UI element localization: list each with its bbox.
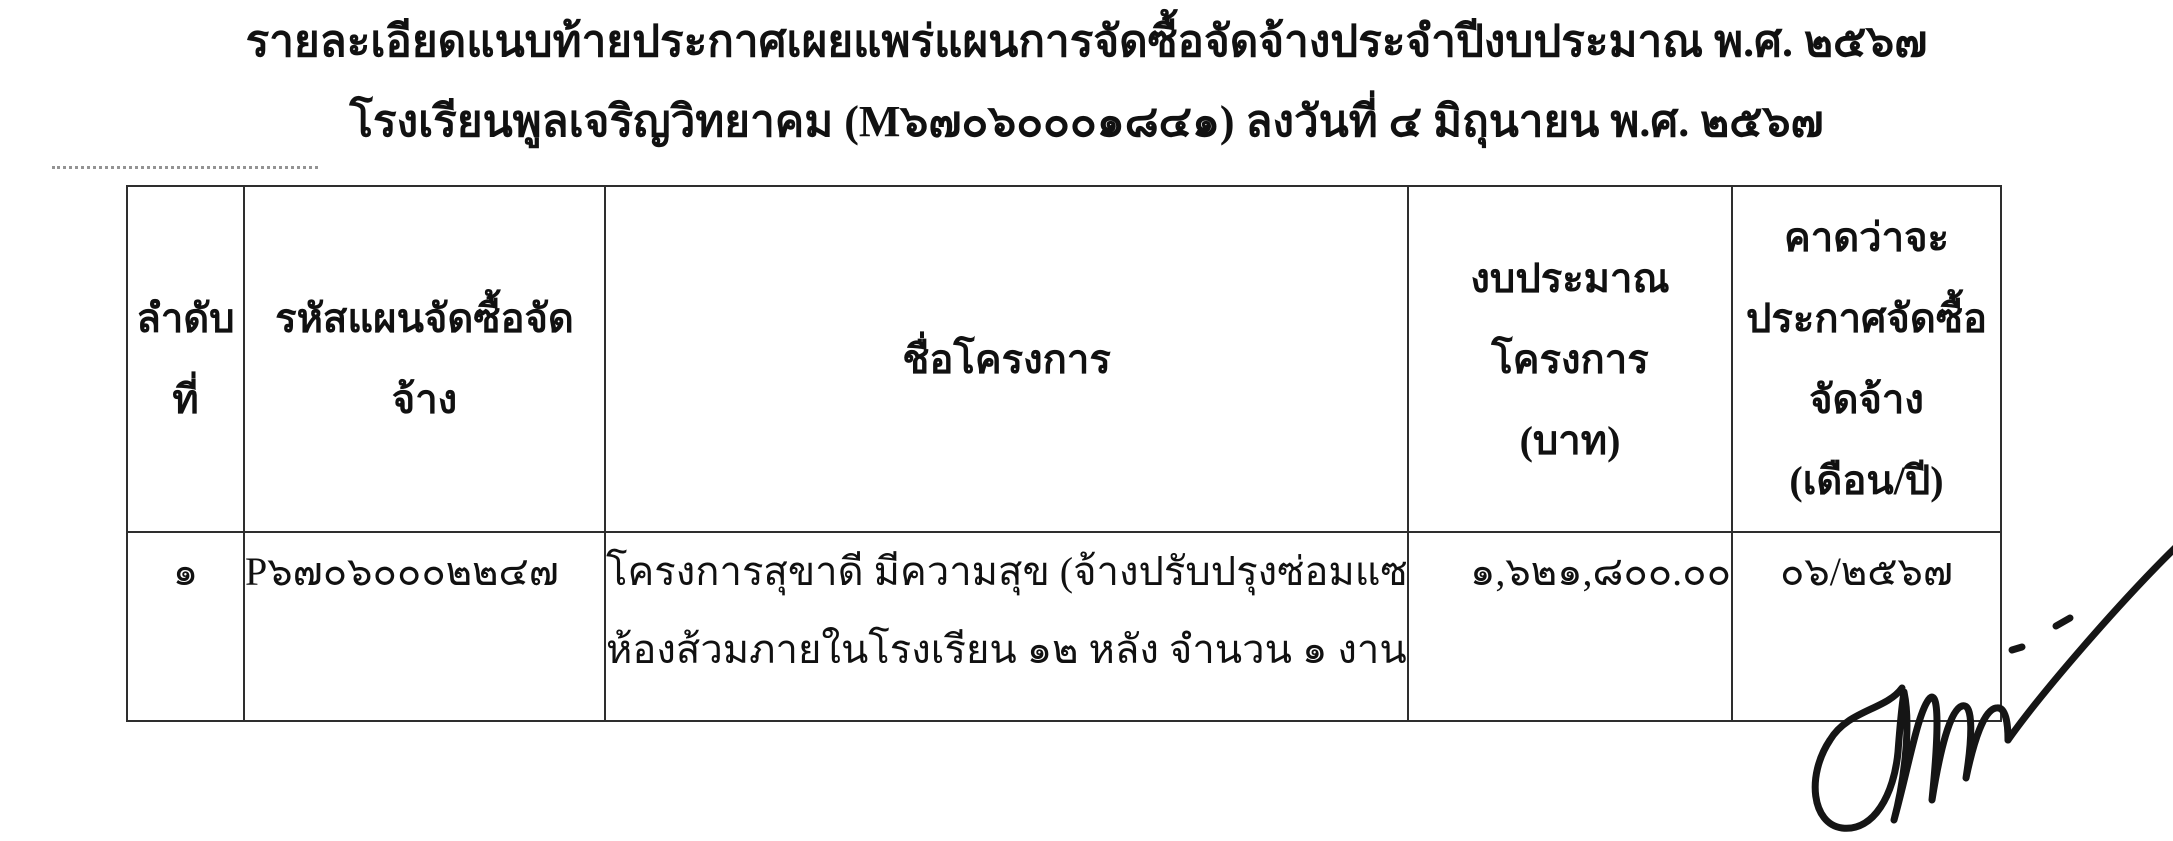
cell-budget: ๑,๖๒๑,๘๐๐.๐๐ — [1408, 532, 1732, 721]
table-header-row: ลำดับ ที่ รหัสแผนจัดซื้อจัด จ้าง ชื่อโคร… — [127, 186, 2001, 532]
signature-ink-speck-2 — [2012, 647, 2022, 650]
header-plan-code-line-2: จ้าง — [245, 359, 604, 440]
cell-plan-code: P๖๗๐๖๐๐๐๒๒๔๗ — [244, 532, 605, 721]
header-budget-line-2: โครงการ — [1409, 319, 1731, 400]
header-announce-line-2: ประกาศจัดซื้อ — [1733, 278, 2000, 359]
header-seq: ลำดับ ที่ — [127, 186, 244, 532]
header-project-name-line-1: ชื่อโครงการ — [606, 319, 1407, 400]
signature-flick — [2008, 548, 2173, 740]
document-title: รายละเอียดแนบท้ายประกาศเผยแพร่แผนการจัดซ… — [0, 2, 2173, 162]
table-row: ๑ P๖๗๐๖๐๐๐๒๒๔๗ โครงการสุขาดี มีความสุข (… — [127, 532, 2001, 721]
header-project-name: ชื่อโครงการ — [605, 186, 1408, 532]
header-budget: งบประมาณ โครงการ (บาท) — [1408, 186, 1732, 532]
cell-project-name-line-2: ห้องส้วมภายในโรงเรียน ๑๒ หลัง จำนวน ๑ งา… — [606, 611, 1407, 689]
cell-budget-value: ๑,๖๒๑,๘๐๐.๐๐ — [1409, 533, 1731, 611]
cell-seq-value: ๑ — [128, 533, 243, 611]
header-budget-line-1: งบประมาณ — [1409, 238, 1731, 319]
cell-seq: ๑ — [127, 532, 244, 721]
cell-plan-code-value: P๖๗๐๖๐๐๐๒๒๔๗ — [245, 533, 604, 611]
signature-ink-speck-1 — [2056, 618, 2070, 626]
header-seq-line-1: ลำดับ — [128, 278, 243, 359]
header-seq-line-2: ที่ — [128, 359, 243, 440]
procurement-plan-table: ลำดับ ที่ รหัสแผนจัดซื้อจัด จ้าง ชื่อโคร… — [126, 185, 2002, 722]
scan-artifact-dotted-line — [52, 166, 318, 169]
header-budget-line-3: (บาท) — [1409, 400, 1731, 481]
cell-announce-date-value: ๐๖/๒๕๖๗ — [1733, 533, 2000, 611]
header-announce-line-4: (เดือน/ปี) — [1733, 440, 2000, 521]
header-announce-date: คาดว่าจะ ประกาศจัดซื้อ จัดจ้าง (เดือน/ปี… — [1732, 186, 2001, 532]
cell-project-name: โครงการสุขาดี มีความสุข (จ้างปรับปรุงซ่อ… — [605, 532, 1408, 721]
cell-announce-date: ๐๖/๒๕๖๗ — [1732, 532, 2001, 721]
header-plan-code: รหัสแผนจัดซื้อจัด จ้าง — [244, 186, 605, 532]
title-line-1: รายละเอียดแนบท้ายประกาศเผยแพร่แผนการจัดซ… — [0, 2, 2173, 82]
header-plan-code-line-1: รหัสแผนจัดซื้อจัด — [245, 278, 604, 359]
cell-project-name-line-1: โครงการสุขาดี มีความสุข (จ้างปรับปรุงซ่อ… — [606, 533, 1407, 611]
document-page: รายละเอียดแนบท้ายประกาศเผยแพร่แผนการจัดซ… — [0, 0, 2173, 841]
header-announce-line-1: คาดว่าจะ — [1733, 197, 2000, 278]
title-line-2: โรงเรียนพูลเจริญวิทยาคม (M๖๗๐๖๐๐๐๑๘๔๑) ล… — [0, 82, 2173, 162]
header-announce-line-3: จัดจ้าง — [1733, 359, 2000, 440]
